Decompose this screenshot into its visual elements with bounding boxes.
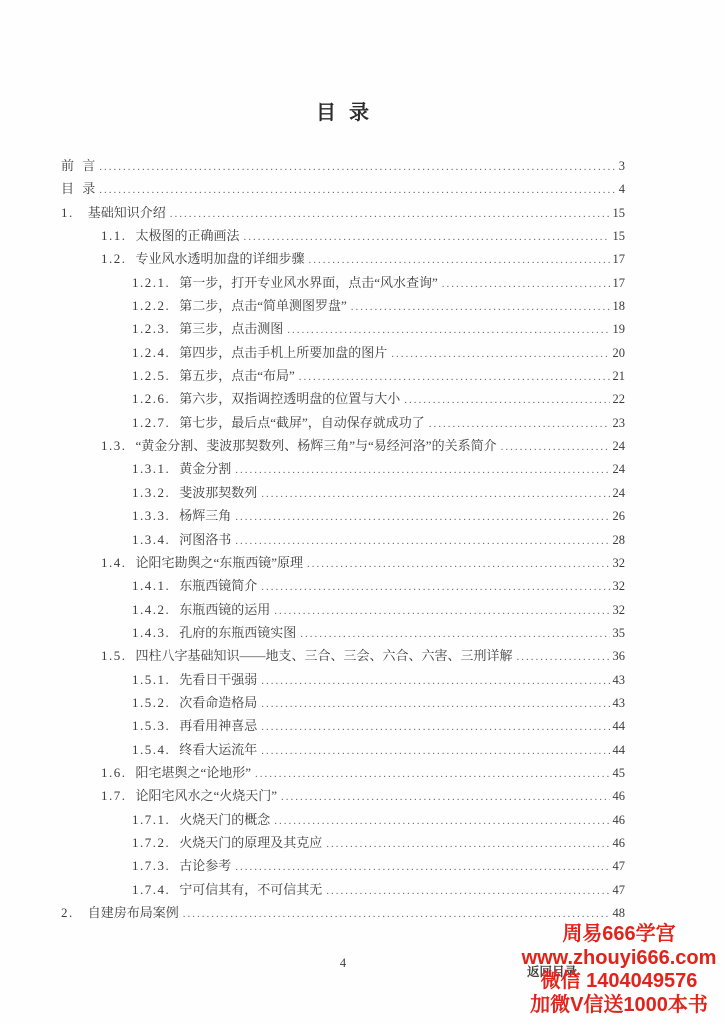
- toc-entry-number: 1.2.6.: [132, 391, 170, 407]
- toc-entry-title: 终看大运流年: [179, 739, 257, 758]
- toc-entry-number: 1.7.4.: [132, 882, 170, 898]
- toc-entry[interactable]: 1.7. 论阳宅风水之“火烧天门” 46: [61, 785, 625, 808]
- toc-entry-number: 1.: [61, 205, 74, 221]
- toc-entry[interactable]: 1.7.4. 宁可信其有，不可信其无 47: [61, 879, 625, 902]
- toc-dot-leader: [261, 721, 609, 733]
- toc-entry-number: 1.2.4.: [132, 345, 170, 361]
- toc-entry-number: 1.3.1.: [132, 461, 170, 477]
- toc-entry-title: 太极图的正确画法: [136, 225, 240, 244]
- toc-dot-leader: [287, 324, 609, 336]
- toc-entry-title: 论阳宅风水之“火烧天门”: [136, 785, 278, 804]
- toc-entry-number: 1.3.4.: [132, 532, 170, 548]
- toc-entry-title: 第四步，点击手机上所要加盘的图片: [179, 342, 387, 361]
- toc-entry[interactable]: 1.3.2. 斐波那契数列 24: [61, 482, 625, 505]
- toc-entry-number: 1.2.: [101, 251, 127, 267]
- toc-entry-page: 32: [613, 556, 626, 571]
- watermark-line-4: 加微V信送1000本书: [513, 994, 724, 1018]
- toc-entry-title: 火烧天门的概念: [179, 809, 270, 828]
- toc-entry-number: 1.2.3.: [132, 321, 170, 337]
- toc-entry-number: 1.4.: [101, 555, 127, 571]
- toc-dot-leader: [235, 861, 609, 873]
- toc-entry-title: 斐波那契数列: [179, 482, 257, 501]
- toc-entry-page: 24: [613, 439, 626, 454]
- toc-entry[interactable]: 1.4.1. 东瓶西镜简介 32: [61, 575, 625, 598]
- toc-dot-leader: [404, 394, 609, 406]
- toc-entry[interactable]: 1.5.4. 终看大运流年 44: [61, 739, 625, 762]
- toc-entry-page: 24: [613, 486, 626, 501]
- toc-entry-number: 1.5.1.: [132, 672, 170, 688]
- toc-entry-number: 1.1.: [101, 228, 127, 244]
- toc-entry-number: 1.5.: [101, 648, 127, 664]
- toc-entry-page: 17: [613, 276, 626, 291]
- toc-entry-number: 1.4.1.: [132, 578, 170, 594]
- toc-entry-page: 3: [619, 159, 625, 174]
- toc-entry[interactable]: 1.4.3. 孔府的东瓶西镜实图 35: [61, 622, 625, 645]
- toc-entry-title: 孔府的东瓶西镜实图: [179, 622, 296, 641]
- toc-entry[interactable]: 1.5.2. 次看命造格局 43: [61, 692, 625, 715]
- toc-entry[interactable]: 1.2.3. 第三步，点击测图 19: [61, 318, 625, 341]
- toc-entry[interactable]: 1.4.2. 东瓶西镜的运用 32: [61, 599, 625, 622]
- toc-entry-page: 46: [613, 813, 626, 828]
- toc-entry-title: 第一步，打开专业风水界面，点击“风水查询”: [179, 272, 438, 291]
- toc-entry[interactable]: 1.7.1. 火烧天门的概念 46: [61, 809, 625, 832]
- toc-dot-leader: [261, 581, 609, 593]
- toc-entry-page: 44: [613, 719, 626, 734]
- toc-entry-page: 47: [613, 883, 626, 898]
- toc-entry-title: 宁可信其有，不可信其无: [179, 879, 322, 898]
- toc-entry[interactable]: 1.3. “黄金分割、斐波那契数列、杨辉三角”与“易经河洛”的关系简介 24: [61, 435, 625, 458]
- toc-dot-leader: [170, 208, 610, 220]
- toc-dot-leader: [255, 768, 609, 780]
- toc-dot-leader: [183, 908, 610, 920]
- toc-entry-page: 47: [613, 859, 626, 874]
- toc-entry-title: “黄金分割、斐波那契数列、杨辉三角”与“易经河洛”的关系简介: [136, 435, 497, 454]
- toc-dot-leader: [274, 605, 609, 617]
- toc-entry[interactable]: 目 录 4: [61, 178, 625, 201]
- toc-entry-number: 1.2.1.: [132, 275, 170, 291]
- toc-entry-number: 1.4.3.: [132, 625, 170, 641]
- toc-entry-page: 26: [613, 509, 626, 524]
- toc-entry-title: 河图洛书: [179, 529, 231, 548]
- toc-entry-number: 1.5.4.: [132, 742, 170, 758]
- toc-entry[interactable]: 1.2.4. 第四步，点击手机上所要加盘的图片 20: [61, 342, 625, 365]
- toc-entry[interactable]: 1. 基础知识介绍 15: [61, 202, 625, 225]
- toc-entry[interactable]: 1.1. 太极图的正确画法 15: [61, 225, 625, 248]
- toc-entry[interactable]: 1.5. 四柱八字基础知识——地支、三合、三会、六合、六害、三刑详解 36: [61, 645, 625, 668]
- toc-dot-leader: [261, 488, 609, 500]
- toc-dot-leader: [235, 511, 609, 523]
- toc-dot-leader: [309, 254, 610, 266]
- toc-entry-page: 22: [613, 392, 626, 407]
- toc-entry[interactable]: 1.3.3. 杨辉三角 26: [61, 505, 625, 528]
- toc-entry[interactable]: 1.7.3. 古论参考 47: [61, 855, 625, 878]
- toc-entry[interactable]: 1.5.1. 先看日干强弱 43: [61, 669, 625, 692]
- toc-entry-number: 1.5.3.: [132, 718, 170, 734]
- toc-entry[interactable]: 1.6. 阳宅堪舆之“论地形” 45: [61, 762, 625, 785]
- toc-dot-leader: [261, 675, 609, 687]
- toc-dot-leader: [501, 441, 610, 453]
- toc-dot-leader: [99, 161, 615, 173]
- toc-dot-leader: [261, 745, 609, 757]
- toc-entry-page: 15: [613, 229, 626, 244]
- toc-entry-title: 次看命造格局: [179, 692, 257, 711]
- toc-entry-page: 15: [613, 206, 626, 221]
- toc-entry[interactable]: 1.4. 论阳宅勘舆之“东瓶西镜”原理 32: [61, 552, 625, 575]
- toc-entry-page: 28: [613, 533, 626, 548]
- toc-dot-leader: [261, 698, 609, 710]
- toc-dot-leader: [99, 184, 615, 196]
- toc-entry-title: 四柱八字基础知识——地支、三合、三会、六合、六害、三刑详解: [136, 645, 513, 664]
- toc-entry-title: 东瓶西镜简介: [179, 575, 257, 594]
- toc-dot-leader: [235, 535, 609, 547]
- toc-entry-page: 23: [613, 416, 626, 431]
- toc-entry-title: 阳宅堪舆之“论地形”: [136, 762, 252, 781]
- page-title: 目 录: [61, 96, 625, 125]
- toc-entry[interactable]: 前 言 3: [61, 155, 625, 178]
- toc-dot-leader: [326, 885, 609, 897]
- toc-entry[interactable]: 1.3.1. 黄金分割 24: [61, 458, 625, 481]
- toc-entry[interactable]: 1.3.4. 河图洛书 28: [61, 529, 625, 552]
- toc-entry[interactable]: 1.2.5. 第五步，点击“布局” 21: [61, 365, 625, 388]
- toc-entry-title: 论阳宅勘舆之“东瓶西镜”原理: [136, 552, 304, 571]
- toc-entry-page: 35: [613, 626, 626, 641]
- toc-entry[interactable]: 1.2. 专业风水透明加盘的详细步骤 17: [61, 248, 625, 271]
- toc-dot-leader: [326, 838, 609, 850]
- toc-entry-number: 1.3.: [101, 438, 127, 454]
- toc-entry-page: 32: [613, 603, 626, 618]
- toc-dot-leader: [307, 558, 609, 570]
- toc-entry-title: 第七步，最后点“截屏”，自动保存就成功了: [179, 412, 425, 431]
- toc-entry-title: 第二步，点击“简单测图罗盘”: [179, 295, 347, 314]
- toc-entry-number: 2.: [61, 905, 74, 921]
- toc-entry-number: 1.6.: [101, 765, 127, 781]
- toc-entry-title: 第六步，双指调控透明盘的位置与大小: [179, 388, 400, 407]
- toc-entry-page: 18: [613, 299, 626, 314]
- toc-entry[interactable]: 1.2.1. 第一步，打开专业风水界面，点击“风水查询” 17: [61, 272, 625, 295]
- toc-entry-title: 基础知识介绍: [88, 202, 166, 221]
- toc-entry-page: 17: [613, 252, 626, 267]
- toc-entry-title: 黄金分割: [179, 458, 231, 477]
- toc-entry-title: 东瓶西镜的运用: [179, 599, 270, 618]
- toc-entry-title: 第三步，点击测图: [179, 318, 283, 337]
- toc-entry[interactable]: 1.2.7. 第七步，最后点“截屏”，自动保存就成功了 23: [61, 412, 625, 435]
- toc-dot-leader: [351, 301, 610, 313]
- toc-entry-number: 1.3.2.: [132, 485, 170, 501]
- toc-entry-number: 1.7.3.: [132, 858, 170, 874]
- toc-entry-number: 1.2.5.: [132, 368, 170, 384]
- toc-entry-title: 再看用神喜忌: [179, 715, 257, 734]
- toc-entry-page: 19: [613, 322, 626, 337]
- toc-entry-page: 43: [613, 673, 626, 688]
- toc-entry-title: 古论参考: [179, 855, 231, 874]
- toc-dot-leader: [274, 815, 609, 827]
- toc-entry-page: 44: [613, 743, 626, 758]
- toc-dot-leader: [391, 348, 609, 360]
- toc-entry-page: 48: [613, 906, 626, 921]
- toc-entry-number: 1.7.1.: [132, 812, 170, 828]
- toc-entry[interactable]: 1.5.3. 再看用神喜忌 44: [61, 715, 625, 738]
- toc-dot-leader: [517, 651, 610, 663]
- toc-dot-leader: [300, 628, 609, 640]
- toc-entry-title: 自建房布局案例: [88, 902, 179, 921]
- toc-entry-page: 46: [613, 789, 626, 804]
- toc-entry-number: 1.4.2.: [132, 602, 170, 618]
- toc-entry-page: 45: [613, 766, 626, 781]
- toc-entry-number: 1.2.2.: [132, 298, 170, 314]
- toc-entry-page: 43: [613, 696, 626, 711]
- toc-entry[interactable]: 2. 自建房布局案例 48: [61, 902, 625, 925]
- toc-entry-page: 24: [613, 462, 626, 477]
- toc-entry[interactable]: 1.2.2. 第二步，点击“简单测图罗盘” 18: [61, 295, 625, 318]
- toc-entry-number: 1.7.2.: [132, 835, 170, 851]
- toc-dot-leader: [281, 791, 609, 803]
- toc-dot-leader: [429, 418, 610, 430]
- toc-entry-page: 21: [613, 369, 626, 384]
- toc-dot-leader: [442, 278, 610, 290]
- toc-dot-leader: [299, 371, 610, 383]
- watermark-line-1: 周易666学宫: [513, 923, 724, 947]
- toc-entry-number: 1.5.2.: [132, 695, 170, 711]
- toc-entry-title: 第五步，点击“布局”: [179, 365, 295, 384]
- toc-entry-page: 36: [613, 649, 626, 664]
- toc-list: 前 言 3 目 录 4 1. 基础知识介绍 15 1.1. 太极图的正确画法 1…: [61, 155, 625, 925]
- toc-entry-page: 32: [613, 579, 626, 594]
- toc-entry-number: 1.3.3.: [132, 508, 170, 524]
- toc-entry[interactable]: 1.7.2. 火烧天门的原理及其克应 46: [61, 832, 625, 855]
- toc-entry-page: 4: [619, 182, 625, 197]
- toc-entry-title: 前 言: [61, 155, 95, 174]
- toc-dot-leader: [235, 464, 609, 476]
- toc-dot-leader: [244, 231, 610, 243]
- toc-entry-title: 杨辉三角: [179, 505, 231, 524]
- toc-entry-page: 20: [613, 346, 626, 361]
- toc-entry-title: 火烧天门的原理及其克应: [179, 832, 322, 851]
- toc-entry[interactable]: 1.2.6. 第六步，双指调控透明盘的位置与大小 22: [61, 388, 625, 411]
- toc-entry-title: 先看日干强弱: [179, 669, 257, 688]
- document-page: 目 录 前 言 3 目 录 4 1. 基础知识介绍 15 1.1. 太极图的正确…: [0, 0, 724, 1024]
- toc-entry-number: 1.7.: [101, 788, 127, 804]
- toc-entry-title: 专业风水透明加盘的详细步骤: [136, 248, 305, 267]
- toc-entry-page: 46: [613, 836, 626, 851]
- toc-entry-title: 目 录: [61, 178, 95, 197]
- toc-entry-number: 1.2.7.: [132, 415, 170, 431]
- back-to-toc-link[interactable]: 返回目录: [527, 962, 577, 980]
